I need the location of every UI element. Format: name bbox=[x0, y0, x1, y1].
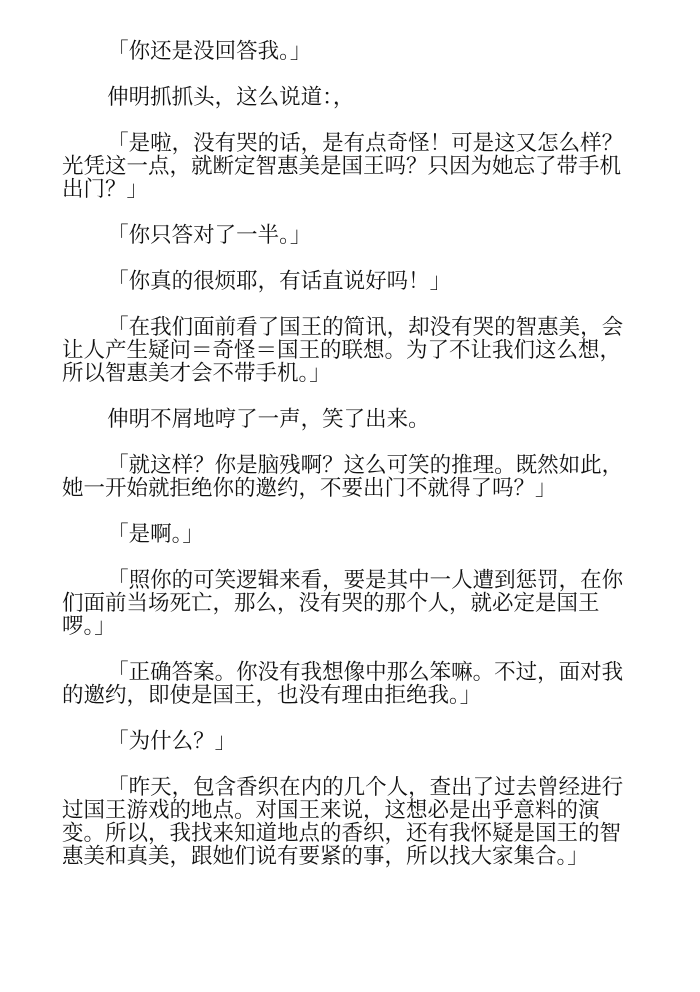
paragraph: 伸明抓抓头，这么说道：， bbox=[62, 86, 638, 109]
paragraph: 「是啦，没有哭的话，是有点奇怪！可是这又怎么样？光凭这一点，就断定智惠美是国王吗… bbox=[62, 132, 638, 201]
paragraph: 「是啊。」 bbox=[62, 523, 638, 546]
paragraph: 「你只答对了一半。」 bbox=[62, 224, 638, 247]
paragraph: 「你还是没回答我。」 bbox=[62, 40, 638, 63]
paragraph: 「昨天，包含香织在内的几个人，查出了过去曾经进行过国王游戏的地点。对国王来说，这… bbox=[62, 776, 638, 868]
paragraph: 「在我们面前看了国王的简讯，却没有哭的智惠美，会让人产生疑问＝奇怪＝国王的联想。… bbox=[62, 316, 638, 385]
paragraph: 伸明不屑地哼了一声，笑了出来。 bbox=[62, 408, 638, 431]
paragraph: 「你真的很烦耶，有话直说好吗！」 bbox=[62, 270, 638, 293]
paragraph: 「正确答案。你没有我想像中那么笨嘛。不过，面对我的邀约，即使是国王，也没有理由拒… bbox=[62, 661, 638, 707]
paragraph: 「照你的可笑逻辑来看，要是其中一人遭到惩罚，在你们面前当场死亡，那么，没有哭的那… bbox=[62, 569, 638, 638]
paragraph: 「为什么？」 bbox=[62, 730, 638, 753]
document-page: 「你还是没回答我。」 伸明抓抓头，这么说道：， 「是啦，没有哭的话，是有点奇怪！… bbox=[62, 40, 638, 891]
paragraph: 「就这样？你是脑残啊？这么可笑的推理。既然如此，她一开始就拒绝你的邀约，不要出门… bbox=[62, 454, 638, 500]
